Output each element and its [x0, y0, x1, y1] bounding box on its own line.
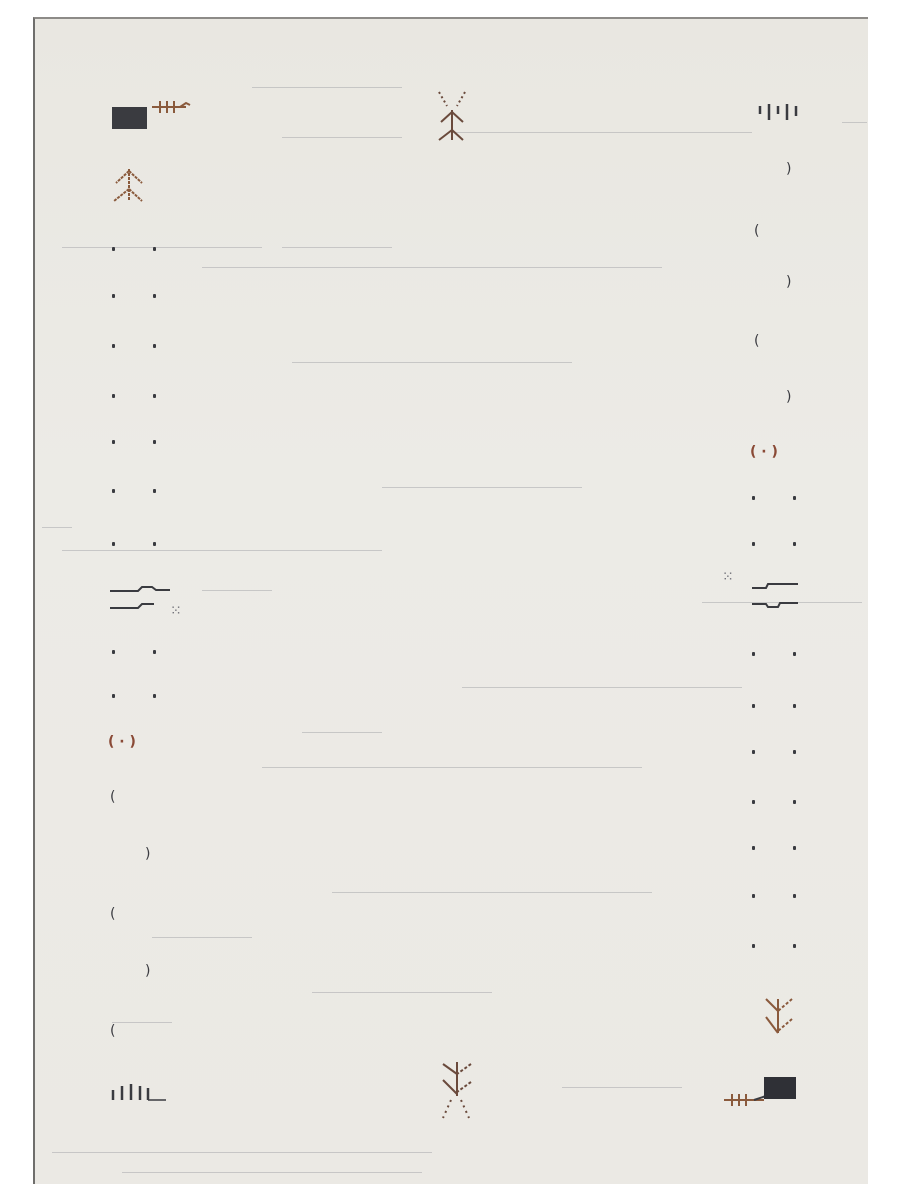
dot-motif	[752, 542, 755, 546]
texture-streak	[332, 892, 652, 893]
bracket-group-motif: ( · )	[108, 735, 136, 749]
top-right-bars-motif	[757, 102, 799, 122]
texture-streak	[562, 1087, 682, 1088]
left-wave-motif	[110, 582, 174, 614]
bracket-motif: (	[110, 1024, 115, 1038]
dot-motif	[752, 652, 755, 656]
dot-motif	[112, 694, 115, 698]
dot-motif	[752, 496, 755, 500]
dot-motif	[752, 894, 755, 898]
dot-motif	[153, 344, 156, 348]
dot-motif	[793, 496, 796, 500]
dot-motif	[153, 440, 156, 444]
texture-streak	[202, 267, 662, 268]
dot-motif	[153, 489, 156, 493]
rug: ⁙ ⁙	[33, 17, 868, 1184]
texture-streak	[462, 687, 742, 688]
dot-motif	[112, 247, 115, 251]
dot-motif	[112, 489, 115, 493]
bracket-motif: (	[754, 224, 759, 238]
dot-motif	[793, 652, 796, 656]
texture-streak	[42, 527, 72, 528]
dot-motif	[793, 944, 796, 948]
bracket-group-motif: ( · )	[750, 445, 778, 459]
dot-motif	[752, 750, 755, 754]
left-x-motif: ⁙	[170, 604, 182, 618]
dot-motif	[153, 694, 156, 698]
bottom-left-bars-motif	[110, 1082, 170, 1102]
dot-motif	[153, 247, 156, 251]
dot-motif	[793, 800, 796, 804]
texture-streak	[452, 132, 752, 133]
texture-streak	[252, 87, 402, 88]
texture-streak	[122, 1172, 422, 1173]
bracket-motif: )	[786, 162, 791, 176]
texture-streak	[52, 1152, 432, 1153]
dot-motif	[752, 846, 755, 850]
texture-streak	[112, 1022, 172, 1023]
dot-motif	[153, 394, 156, 398]
dot-motif	[793, 542, 796, 546]
dot-motif	[112, 542, 115, 546]
right-x-motif: ⁙	[722, 570, 734, 584]
bracket-motif: )	[145, 964, 150, 978]
dot-motif	[752, 800, 755, 804]
bottom-center-figure-motif	[439, 1060, 475, 1124]
top-left-comb-motif	[152, 99, 192, 115]
bracket-motif: (	[110, 790, 115, 804]
dot-motif	[112, 394, 115, 398]
texture-streak	[262, 767, 642, 768]
dot-motif	[112, 440, 115, 444]
bracket-motif: )	[145, 847, 150, 861]
bottom-right-dark-block	[764, 1077, 796, 1099]
dot-motif	[153, 542, 156, 546]
top-left-dark-block	[112, 107, 147, 129]
dot-motif	[153, 650, 156, 654]
top-left-tree-motif	[112, 167, 146, 207]
dot-motif	[153, 294, 156, 298]
dot-motif	[752, 704, 755, 708]
texture-streak	[62, 247, 262, 248]
texture-streak	[202, 590, 272, 591]
texture-streak	[62, 550, 382, 551]
dot-motif	[793, 894, 796, 898]
top-center-figure-motif	[435, 90, 469, 146]
dot-motif	[793, 750, 796, 754]
bracket-motif: (	[754, 334, 759, 348]
texture-streak	[312, 992, 492, 993]
dot-motif	[793, 704, 796, 708]
dot-motif	[112, 344, 115, 348]
bracket-motif: (	[110, 907, 115, 921]
bracket-motif: )	[786, 275, 791, 289]
right-wave-motif	[752, 580, 802, 612]
texture-streak	[382, 487, 582, 488]
bracket-motif: )	[786, 390, 791, 404]
dot-motif	[793, 846, 796, 850]
texture-streak	[282, 247, 392, 248]
bottom-right-tree-motif	[764, 997, 796, 1037]
dot-motif	[112, 650, 115, 654]
bottom-right-comb-motif	[724, 1092, 768, 1108]
texture-streak	[282, 137, 402, 138]
texture-streak	[302, 732, 382, 733]
texture-streak	[152, 937, 252, 938]
dot-motif	[112, 294, 115, 298]
texture-streak	[842, 122, 867, 123]
dot-motif	[752, 944, 755, 948]
texture-streak	[292, 362, 572, 363]
